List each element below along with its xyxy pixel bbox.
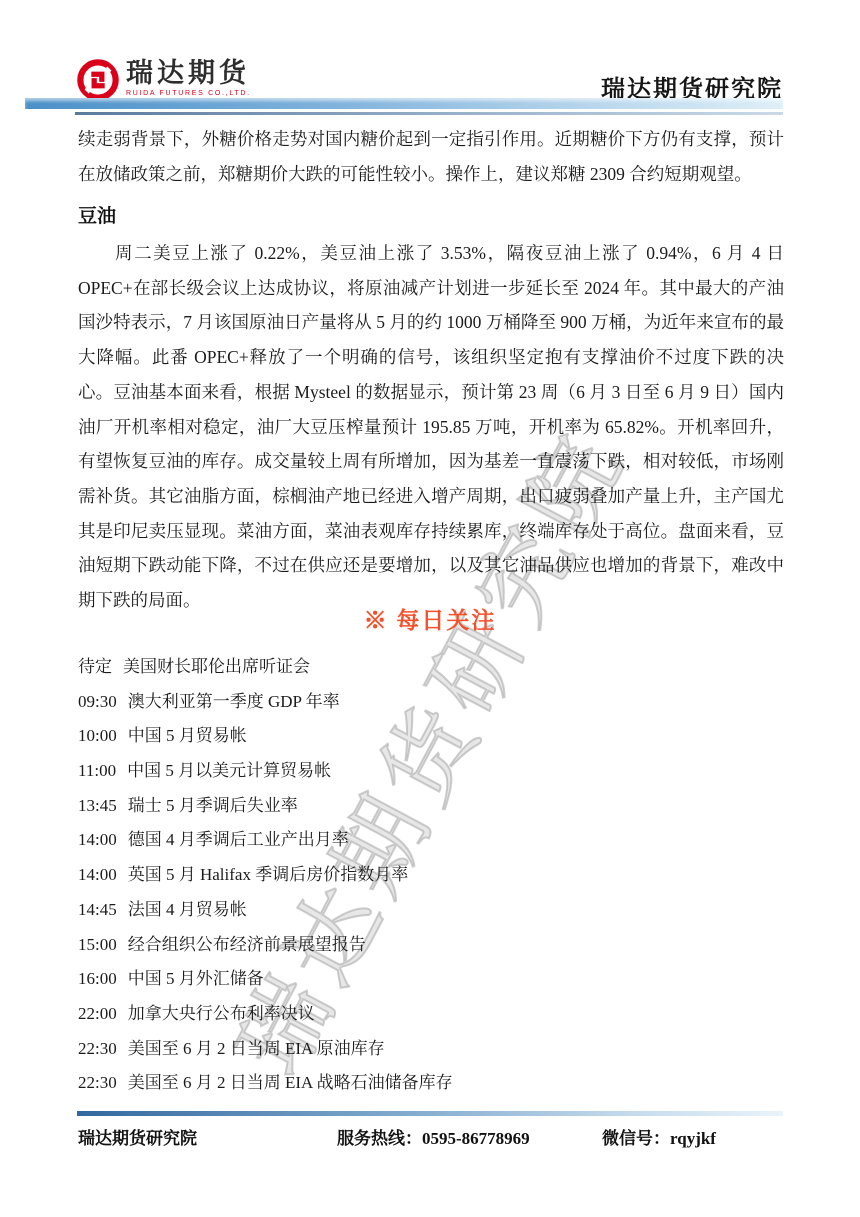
event-row: 15:00经合组织公布经济前景展望报告 (78, 928, 453, 963)
event-row: 16:00中国 5 月外汇储备 (78, 962, 453, 997)
paragraph-sugar-outlook: 续走弱背景下，外糖价格走势对国内糖价起到一定指引作用。近期糖价下方仍有支撑，预计… (78, 122, 784, 191)
event-label: 美国至 6 月 2 日当周 EIA 战略石油储备库存 (128, 1073, 453, 1092)
event-label: 美国财长耶伦出席听证会 (123, 657, 310, 676)
event-time: 15:00 (78, 928, 117, 963)
daily-focus-title: ※ 每日关注 (0, 604, 860, 639)
footer-wechat: 微信号：rqyjkf (602, 1124, 716, 1149)
event-label: 英国 5 月 Halifax 季调后房价指数月率 (128, 865, 408, 884)
footer-divider-bar (77, 1111, 783, 1116)
footer-hotline: 服务热线：0595-86778969 (337, 1124, 530, 1149)
event-time: 10:00 (78, 719, 117, 754)
logo-text-cn: 瑞达期货 (126, 59, 251, 87)
daily-focus-event-list: 待定美国财长耶伦出席听证会 09:30澳大利亚第一季度 GDP 年率 10:00… (78, 650, 453, 1101)
event-label: 澳大利亚第一季度 GDP 年率 (128, 692, 340, 711)
company-logo: 瑞达期货 RUIDA FUTURES CO.,LTD. (77, 59, 251, 101)
event-time: 16:00 (78, 962, 117, 997)
event-row: 11:00中国 5 月以美元计算贸易帐 (78, 754, 453, 789)
event-label: 中国 5 月以美元计算贸易帐 (127, 761, 331, 780)
ruida-logo-icon (77, 59, 119, 101)
event-row: 22:30美国至 6 月 2 日当周 EIA 原油库存 (78, 1032, 453, 1067)
event-time: 11:00 (78, 754, 116, 789)
event-label: 中国 5 月外汇储备 (128, 969, 264, 988)
paragraph-soybean-oil: 周二美豆上涨了 0.22%，美豆油上涨了 3.53%，隔夜豆油上涨了 0.94%… (78, 236, 784, 618)
event-row: 10:00中国 5 月贸易帐 (78, 719, 453, 754)
event-row: 14:45法国 4 月贸易帐 (78, 893, 453, 928)
event-row: 22:00加拿大央行公布利率决议 (78, 997, 453, 1032)
event-label: 经合组织公布经济前景展望报告 (128, 935, 366, 954)
event-time: 22:00 (78, 997, 117, 1032)
header-divider-line (75, 112, 783, 115)
footer-institute: 瑞达期货研究院 (78, 1124, 197, 1149)
event-time: 22:30 (78, 1032, 117, 1067)
report-page: 瑞达期货研究院 瑞达期货 RUIDA FUTURES CO.,LTD. 瑞达期货… (0, 0, 860, 1217)
header-divider-bar (25, 98, 783, 109)
logo-text-en: RUIDA FUTURES CO.,LTD. (126, 90, 251, 97)
event-time: 14:00 (78, 858, 117, 893)
event-label: 中国 5 月贸易帐 (128, 726, 247, 745)
event-time: 22:30 (78, 1066, 117, 1101)
event-label: 美国至 6 月 2 日当周 EIA 原油库存 (128, 1039, 385, 1058)
event-time: 14:45 (78, 893, 117, 928)
event-label: 瑞士 5 月季调后失业率 (128, 796, 298, 815)
event-row: 09:30澳大利亚第一季度 GDP 年率 (78, 685, 453, 720)
event-label: 加拿大央行公布利率决议 (128, 1004, 315, 1023)
event-row: 14:00英国 5 月 Halifax 季调后房价指数月率 (78, 858, 453, 893)
event-row: 14:00德国 4 月季调后工业产出月率 (78, 823, 453, 858)
event-label: 德国 4 月季调后工业产出月率 (128, 830, 349, 849)
section-title-soybean-oil: 豆油 (78, 200, 116, 235)
event-time: 14:00 (78, 823, 117, 858)
event-time: 09:30 (78, 685, 117, 720)
event-row: 13:45瑞士 5 月季调后失业率 (78, 789, 453, 824)
event-row: 22:30美国至 6 月 2 日当周 EIA 战略石油储备库存 (78, 1066, 453, 1101)
event-row: 待定美国财长耶伦出席听证会 (78, 650, 453, 685)
event-time: 待定 (78, 650, 112, 685)
event-time: 13:45 (78, 789, 117, 824)
event-label: 法国 4 月贸易帐 (128, 900, 247, 919)
logo-text-block: 瑞达期货 RUIDA FUTURES CO.,LTD. (126, 59, 251, 97)
